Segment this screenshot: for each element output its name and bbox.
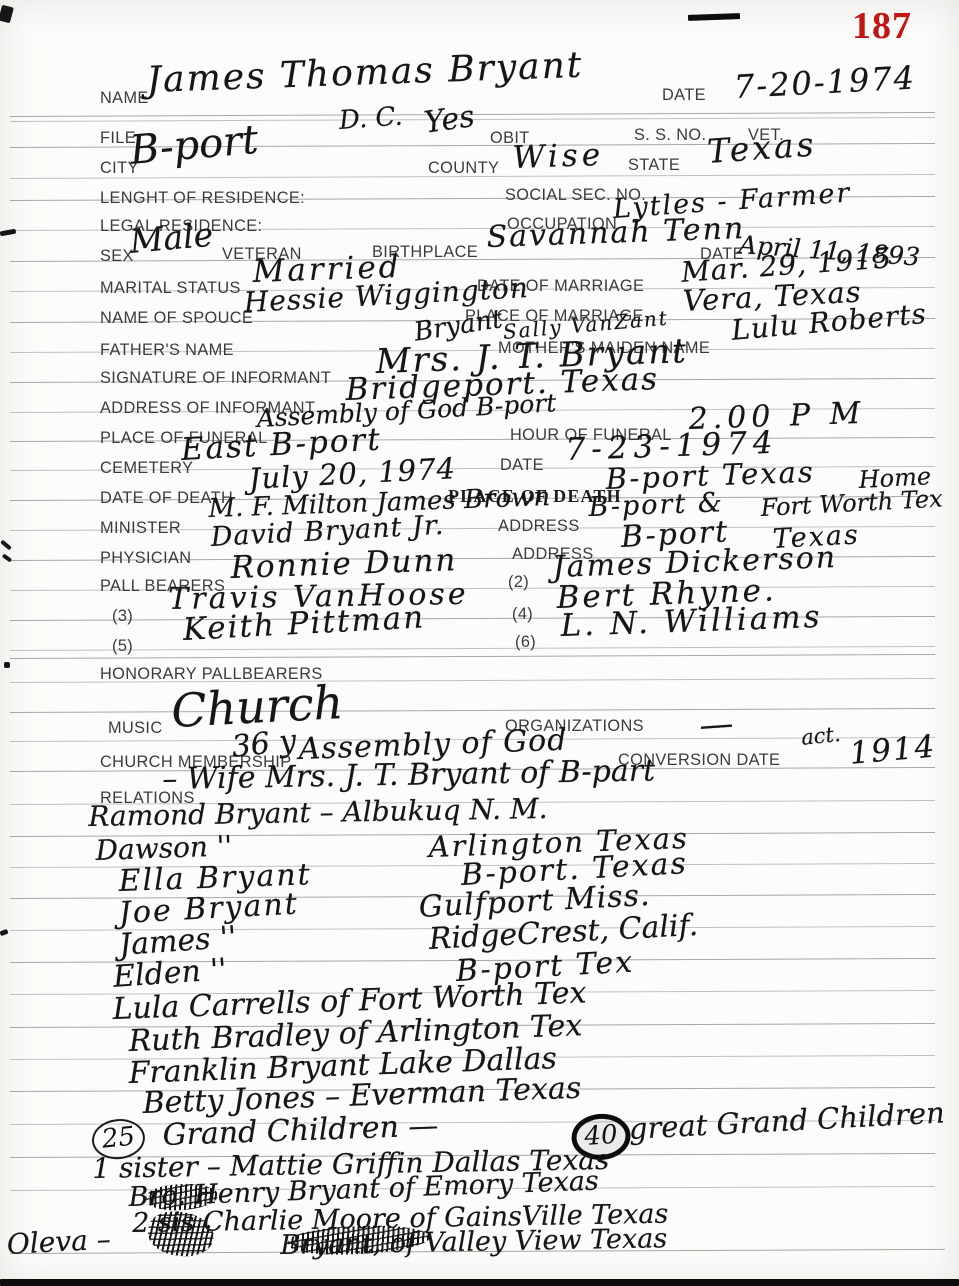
value-city: B-port	[128, 117, 260, 174]
value-date: 7-20-1974	[733, 58, 917, 105]
value-relations-wife: – Wife Mrs. J. T. Bryant of B-part	[162, 753, 655, 797]
label-cemetery: CEMETERY	[100, 458, 193, 478]
label-date: DATE	[662, 85, 706, 105]
label-physician: PHYSICIAN	[100, 548, 191, 568]
value-file-yes: Yes	[422, 99, 477, 141]
scan-mark	[688, 13, 740, 21]
scan-mark	[0, 540, 12, 551]
label-signature-of-informant: SIGNATURE OF INFORMANT	[100, 368, 331, 388]
scan-mark	[0, 929, 9, 936]
value-church-membership-years: 36 y	[230, 723, 298, 765]
label-pall-bearer-4: (4)	[512, 604, 533, 624]
value-pall-bearer-6: L. N. Williams	[560, 599, 823, 644]
label-county: COUNTY	[428, 158, 499, 178]
value-county: Wise	[512, 137, 605, 176]
label-marital-status: MARITAL STATUS	[100, 278, 241, 298]
value-state: Texas	[706, 124, 818, 171]
scan-mark	[4, 662, 10, 668]
value-file-dc: D. C.	[338, 102, 404, 136]
scanned-form-page: 187 NAMEJames Thomas BryantDATE7-20-1974…	[0, 0, 959, 1286]
value-relation-ramond: Ramond Bryant – Albukuq N. M.	[88, 792, 548, 833]
value-sex: Male	[128, 215, 215, 261]
value-conversion-date: 1914	[848, 728, 938, 771]
label-pall-bearer-5: (5)	[112, 636, 133, 656]
value-great-grandchildren: great Grand Children	[628, 1095, 946, 1146]
label-fathers-name: FATHER'S NAME	[100, 340, 234, 360]
value-minister-address-2: Fort Worth Tex	[760, 484, 943, 521]
label-minister: MINISTER	[100, 518, 181, 538]
ruled-line	[10, 646, 935, 651]
label-sex: SEX	[100, 246, 134, 266]
label-pall-bearer-3: (3)	[112, 606, 133, 626]
value-oleva: Oleva –	[6, 1223, 111, 1261]
ruled-line	[10, 708, 935, 713]
label-pall-bearer-2: (2)	[508, 572, 529, 592]
scan-mark	[2, 553, 12, 562]
scan-mark	[0, 229, 16, 237]
label-pall-bearer-6: (6)	[515, 632, 536, 652]
scan-mark	[0, 1279, 959, 1286]
value-relation-valley-view: Bryant, of Valley View Texas	[280, 1223, 667, 1261]
value-conversion-abt: act.	[800, 722, 842, 750]
label-cemetery-date: DATE	[500, 455, 544, 475]
label-name-of-spouse: NAME OF SPOUCE	[100, 308, 253, 328]
label-name: NAME	[100, 88, 149, 108]
label-minister-address: ADDRESS	[498, 516, 580, 536]
value-name: James Thomas Bryant	[146, 45, 584, 101]
label-state: STATE	[628, 155, 680, 175]
ruled-line	[10, 654, 935, 659]
value-organizations-dash: —	[698, 704, 735, 746]
label-length-residence: LENGHT OF RESIDENCE:	[100, 188, 305, 208]
label-music: MUSIC	[108, 718, 163, 738]
scan-mark	[0, 5, 14, 24]
label-ss-no: S. S. NO.	[634, 125, 706, 145]
page-number: 187	[852, 4, 912, 48]
